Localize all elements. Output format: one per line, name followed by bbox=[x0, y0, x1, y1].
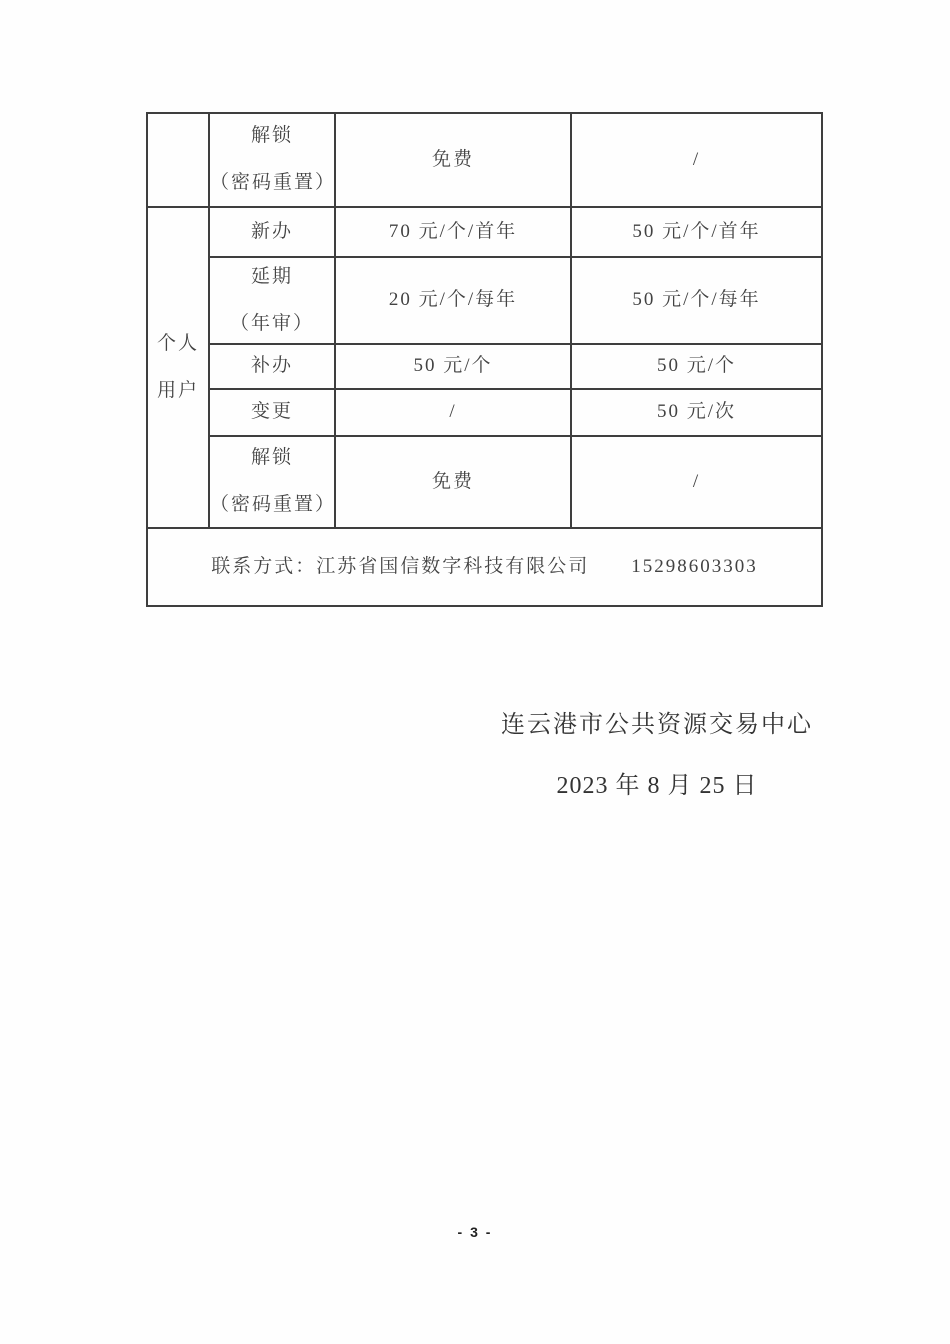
item-label-line1: 解锁 bbox=[210, 447, 334, 470]
item-cell: 解锁 （密码重置） bbox=[209, 113, 335, 207]
standard-fee-cell: 免费 bbox=[335, 436, 571, 528]
contact-label: 联系方式：江苏省国信数字科技有限公司 bbox=[211, 556, 589, 579]
standard-fee-cell: 免费 bbox=[335, 113, 571, 207]
signature-block: 连云港市公共资源交易中心 2023 年 8 月 25 日 bbox=[496, 704, 818, 800]
standard-fee-cell: / bbox=[335, 389, 571, 436]
item-cell: 补办 bbox=[209, 344, 335, 389]
discount-fee-cell: 50 元/个/首年 bbox=[571, 207, 822, 257]
signature-org: 连云港市公共资源交易中心 bbox=[496, 704, 818, 739]
group-label-line2: 用户 bbox=[148, 380, 208, 403]
standard-fee-cell: 50 元/个 bbox=[335, 344, 571, 389]
table-row-contact: 联系方式：江苏省国信数字科技有限公司 15298603303 bbox=[147, 528, 822, 606]
contact-cell: 联系方式：江苏省国信数字科技有限公司 15298603303 bbox=[147, 528, 822, 606]
discount-fee-cell: 50 元/个/每年 bbox=[571, 257, 822, 344]
document-page: 解锁 （密码重置） 免费 / 个人 用户 新办 70 元/个/首年 50 元/个… bbox=[0, 0, 950, 1344]
table-row-carryover-unlock: 解锁 （密码重置） 免费 / bbox=[147, 113, 822, 207]
discount-fee-cell: / bbox=[571, 113, 822, 207]
item-cell: 解锁 （密码重置） bbox=[209, 436, 335, 528]
item-label-line1: 解锁 bbox=[210, 125, 334, 148]
signature-date: 2023 年 8 月 25 日 bbox=[496, 765, 818, 800]
item-label-line2: （年审） bbox=[210, 313, 334, 336]
item-label-line1: 延期 bbox=[210, 266, 334, 289]
table-row-extend: 延期 （年审） 20 元/个/每年 50 元/个/每年 bbox=[147, 257, 822, 344]
table-row-new: 个人 用户 新办 70 元/个/首年 50 元/个/首年 bbox=[147, 207, 822, 257]
table-row-change: 变更 / 50 元/次 bbox=[147, 389, 822, 436]
item-cell: 变更 bbox=[209, 389, 335, 436]
discount-fee-cell: 50 元/个 bbox=[571, 344, 822, 389]
group-cell-personal: 个人 用户 bbox=[147, 207, 209, 528]
group-cell-empty bbox=[147, 113, 209, 207]
contact-phone: 15298603303 bbox=[631, 556, 758, 579]
discount-fee-cell: / bbox=[571, 436, 822, 528]
standard-fee-cell: 70 元/个/首年 bbox=[335, 207, 571, 257]
item-label-line2: （密码重置） bbox=[210, 172, 334, 195]
page-number: - 3 - bbox=[0, 1224, 950, 1240]
item-cell: 延期 （年审） bbox=[209, 257, 335, 344]
discount-fee-cell: 50 元/次 bbox=[571, 389, 822, 436]
standard-fee-cell: 20 元/个/每年 bbox=[335, 257, 571, 344]
table-row-unlock: 解锁 （密码重置） 免费 / bbox=[147, 436, 822, 528]
group-label-line1: 个人 bbox=[148, 333, 208, 356]
item-cell: 新办 bbox=[209, 207, 335, 257]
fee-table: 解锁 （密码重置） 免费 / 个人 用户 新办 70 元/个/首年 50 元/个… bbox=[146, 112, 823, 607]
table-row-reissue: 补办 50 元/个 50 元/个 bbox=[147, 344, 822, 389]
item-label-line2: （密码重置） bbox=[210, 494, 334, 517]
